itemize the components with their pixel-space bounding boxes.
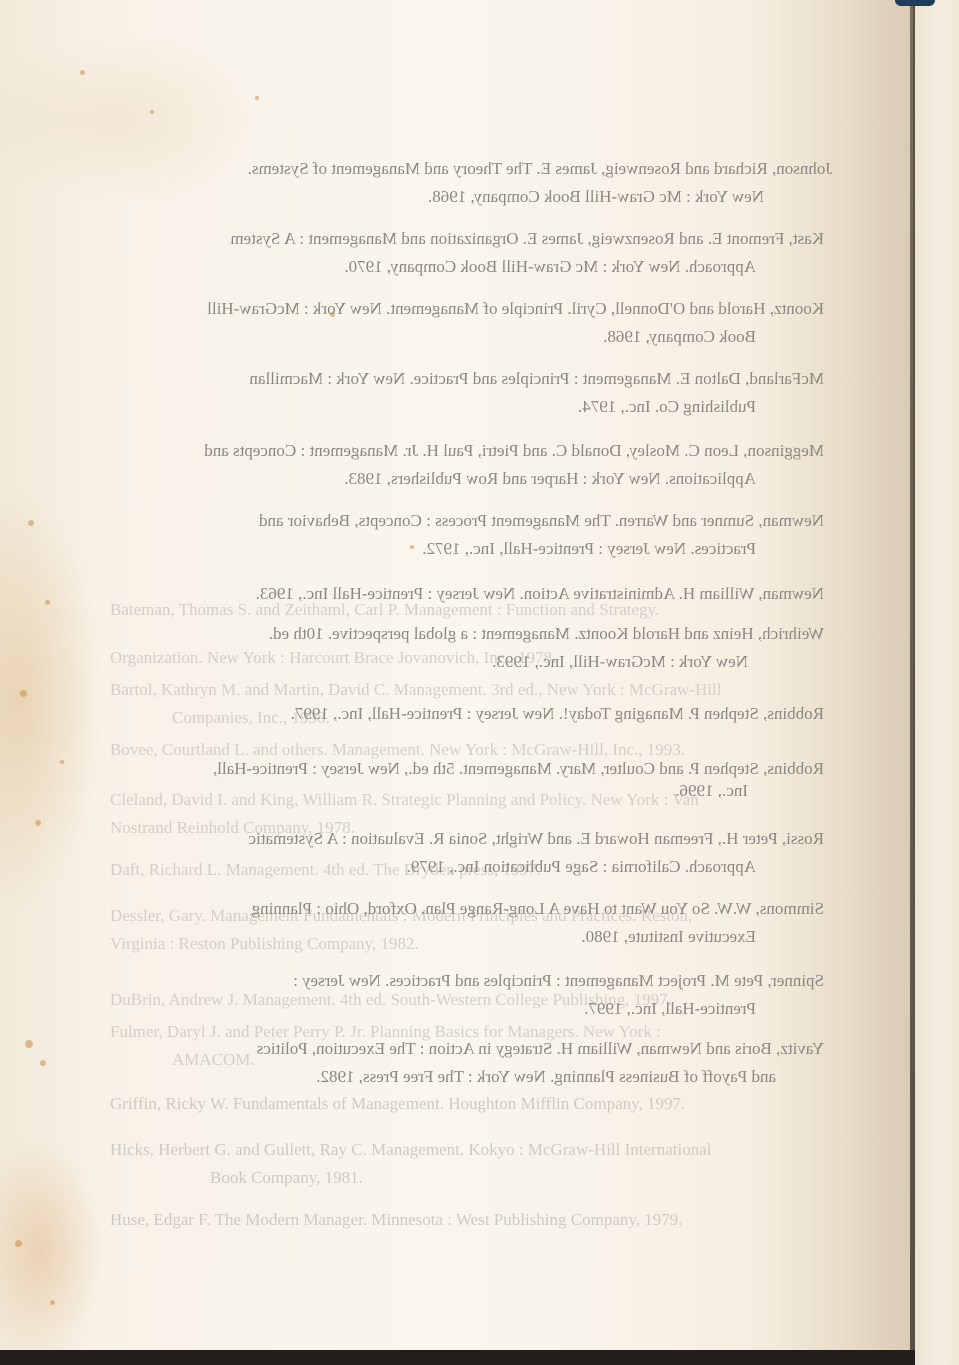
- bib-entry: Simmons, W.W. So You Want to Have A Long…: [252, 900, 824, 917]
- bib-entry: Yavitz, Boris and Newman, William H. Str…: [257, 1040, 824, 1057]
- bib-entry: Spinner, Pete M. Project Management : Pr…: [293, 972, 824, 989]
- bib-entry: Robbins, Stephen P. and Coulter, Mary. M…: [213, 760, 824, 777]
- bib-entry: Rossi, Peter H., Freeman Howard E. and W…: [248, 830, 824, 847]
- bib-entry: Kast, Fremont E. and Rosenzweig, James E…: [230, 230, 824, 247]
- scan-bottom-edge: [0, 1350, 915, 1365]
- bib-entry: Newman, Sumner and Warren. The Managemen…: [259, 512, 824, 529]
- bib-entry: Koontz, Harold and O'Donnell, Cyril. Pri…: [207, 300, 824, 317]
- bib-entry: Newman, William H. Administrative Action…: [256, 585, 824, 602]
- mirrored-bibliography: Johnson, Richard and Rosenweig, James E.…: [0, 0, 912, 1350]
- bib-entry: Robbins, Stephen P. Managing Today!. New…: [291, 705, 824, 722]
- facing-page-edge: [915, 0, 959, 1365]
- bib-entry: Johnson, Richard and Rosenweig, James E.…: [248, 160, 832, 177]
- bib-entry: Weihrich, Heinz and Harold Koontz. Manag…: [269, 625, 824, 642]
- bib-entry: McFarland, Dalton E. Management : Princi…: [249, 370, 824, 387]
- bib-entry: Megginson, Leon C. Mosley, Donald C. and…: [204, 442, 824, 459]
